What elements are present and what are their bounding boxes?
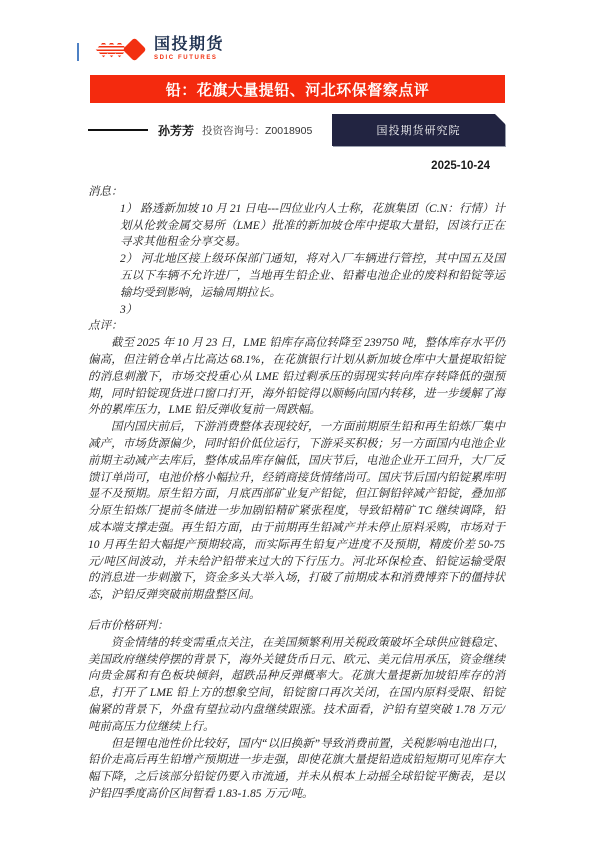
news-item-3: 3） <box>120 302 505 319</box>
report-body: 消息： 1） 路透新加坡 10 月 21 日电---四位业内人士称，花旗集团（C… <box>88 184 505 803</box>
outlook-paragraph-2: 但是锂电池性价比较好，国内“以旧换新”导致消费前置，关税影响电池出口，铅价走高后… <box>88 736 505 803</box>
institute-badge: 国投期货研究院 <box>332 114 505 146</box>
brand-name-cn: 国投期货 <box>154 37 224 53</box>
news-section: 消息： 1） 路透新加坡 10 月 21 日电---四位业内人士称，花旗集团（C… <box>88 184 505 318</box>
sdic-diamonds-icon <box>98 34 148 64</box>
author-license-number: 投资咨询号：Z0018905 <box>202 123 312 138</box>
report-title: 铅：花旗大量提铅、河北环保督察点评 <box>166 79 430 100</box>
outlook-paragraph-1: 资金情绪的转变需重点关注，在美国频繁利用关税政策破坏全球供应链稳定、美国政府继续… <box>88 635 505 736</box>
brand-name-en: SDIC FUTURES <box>154 55 224 61</box>
outlook-heading: 后市价格研判： <box>88 618 505 635</box>
logo-text: 国投期货 SDIC FUTURES <box>154 37 224 61</box>
comment-section: 点评： 截至 2025 年 10 月 23 日，LME 铅库存高位转降至 239… <box>88 318 505 604</box>
institute-badge-wrap: 国投期货研究院 <box>332 114 505 146</box>
news-item-1: 1） 路透新加坡 10 月 21 日电---四位业内人士称，花旗集团（C.N：行… <box>120 201 505 251</box>
report-date: 2025-10-24 <box>431 160 490 172</box>
report-title-banner: 铅：花旗大量提铅、河北环保督察点评 <box>90 75 505 103</box>
news-item-2: 2） 河北地区接上级环保部门通知，将对入厂车辆进行管控，其中国五及国五以下车辆不… <box>120 251 505 301</box>
news-heading: 消息： <box>88 184 505 201</box>
comment-heading: 点评： <box>88 318 505 335</box>
author-row: 孙芳芳 投资咨询号：Z0018905 国投期货研究院 <box>88 114 505 146</box>
author-rule <box>88 129 148 131</box>
comment-paragraph-2: 国内国庆前后，下游消费整体表现较好，一方面前期原生铅和再生铅炼厂集中减产，市场货… <box>88 419 505 604</box>
author-name: 孙芳芳 <box>158 122 194 139</box>
comment-paragraph-1: 截至 2025 年 10 月 23 日，LME 铅库存高位转降至 239750 … <box>88 335 505 419</box>
company-logo: 国投期货 SDIC FUTURES <box>98 34 224 64</box>
report-page: 国投期货 SDIC FUTURES 铅：花旗大量提铅、河北环保督察点评 孙芳芳 … <box>0 0 595 841</box>
outlook-section: 后市价格研判： 资金情绪的转变需重点关注，在美国频繁利用关税政策破坏全球供应链稳… <box>88 618 505 803</box>
page-edge-tick <box>77 43 79 61</box>
institute-badge-label: 国投期货研究院 <box>377 122 461 138</box>
